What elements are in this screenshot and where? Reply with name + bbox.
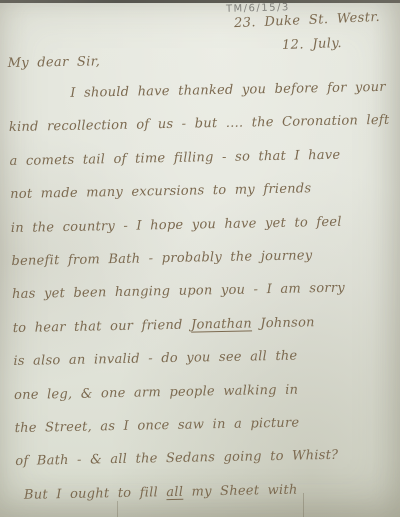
underlined-word: Jonathan bbox=[191, 316, 252, 332]
letter-lines: I should have thanked you before for you… bbox=[8, 80, 400, 517]
letter-scan-page: TM/6/15/3 23. Duke St. Westr. 12. July. … bbox=[0, 0, 400, 517]
letter-line: But I ought to fill all my Sheet with bbox=[16, 480, 400, 517]
paper-crease bbox=[117, 501, 118, 517]
letter-body: My dear Sir, I should have thanked you b… bbox=[8, 49, 400, 517]
paper-crease bbox=[303, 493, 304, 517]
archive-reference-pencil-note: TM/6/15/3 bbox=[226, 2, 290, 15]
underlined-word: all bbox=[166, 484, 183, 499]
line-segment: to hear that our friend bbox=[13, 317, 192, 335]
line-segment: Johnson bbox=[252, 315, 315, 331]
line-segment: But I ought to fill bbox=[24, 485, 167, 503]
line-segment: my Sheet with bbox=[183, 482, 298, 499]
